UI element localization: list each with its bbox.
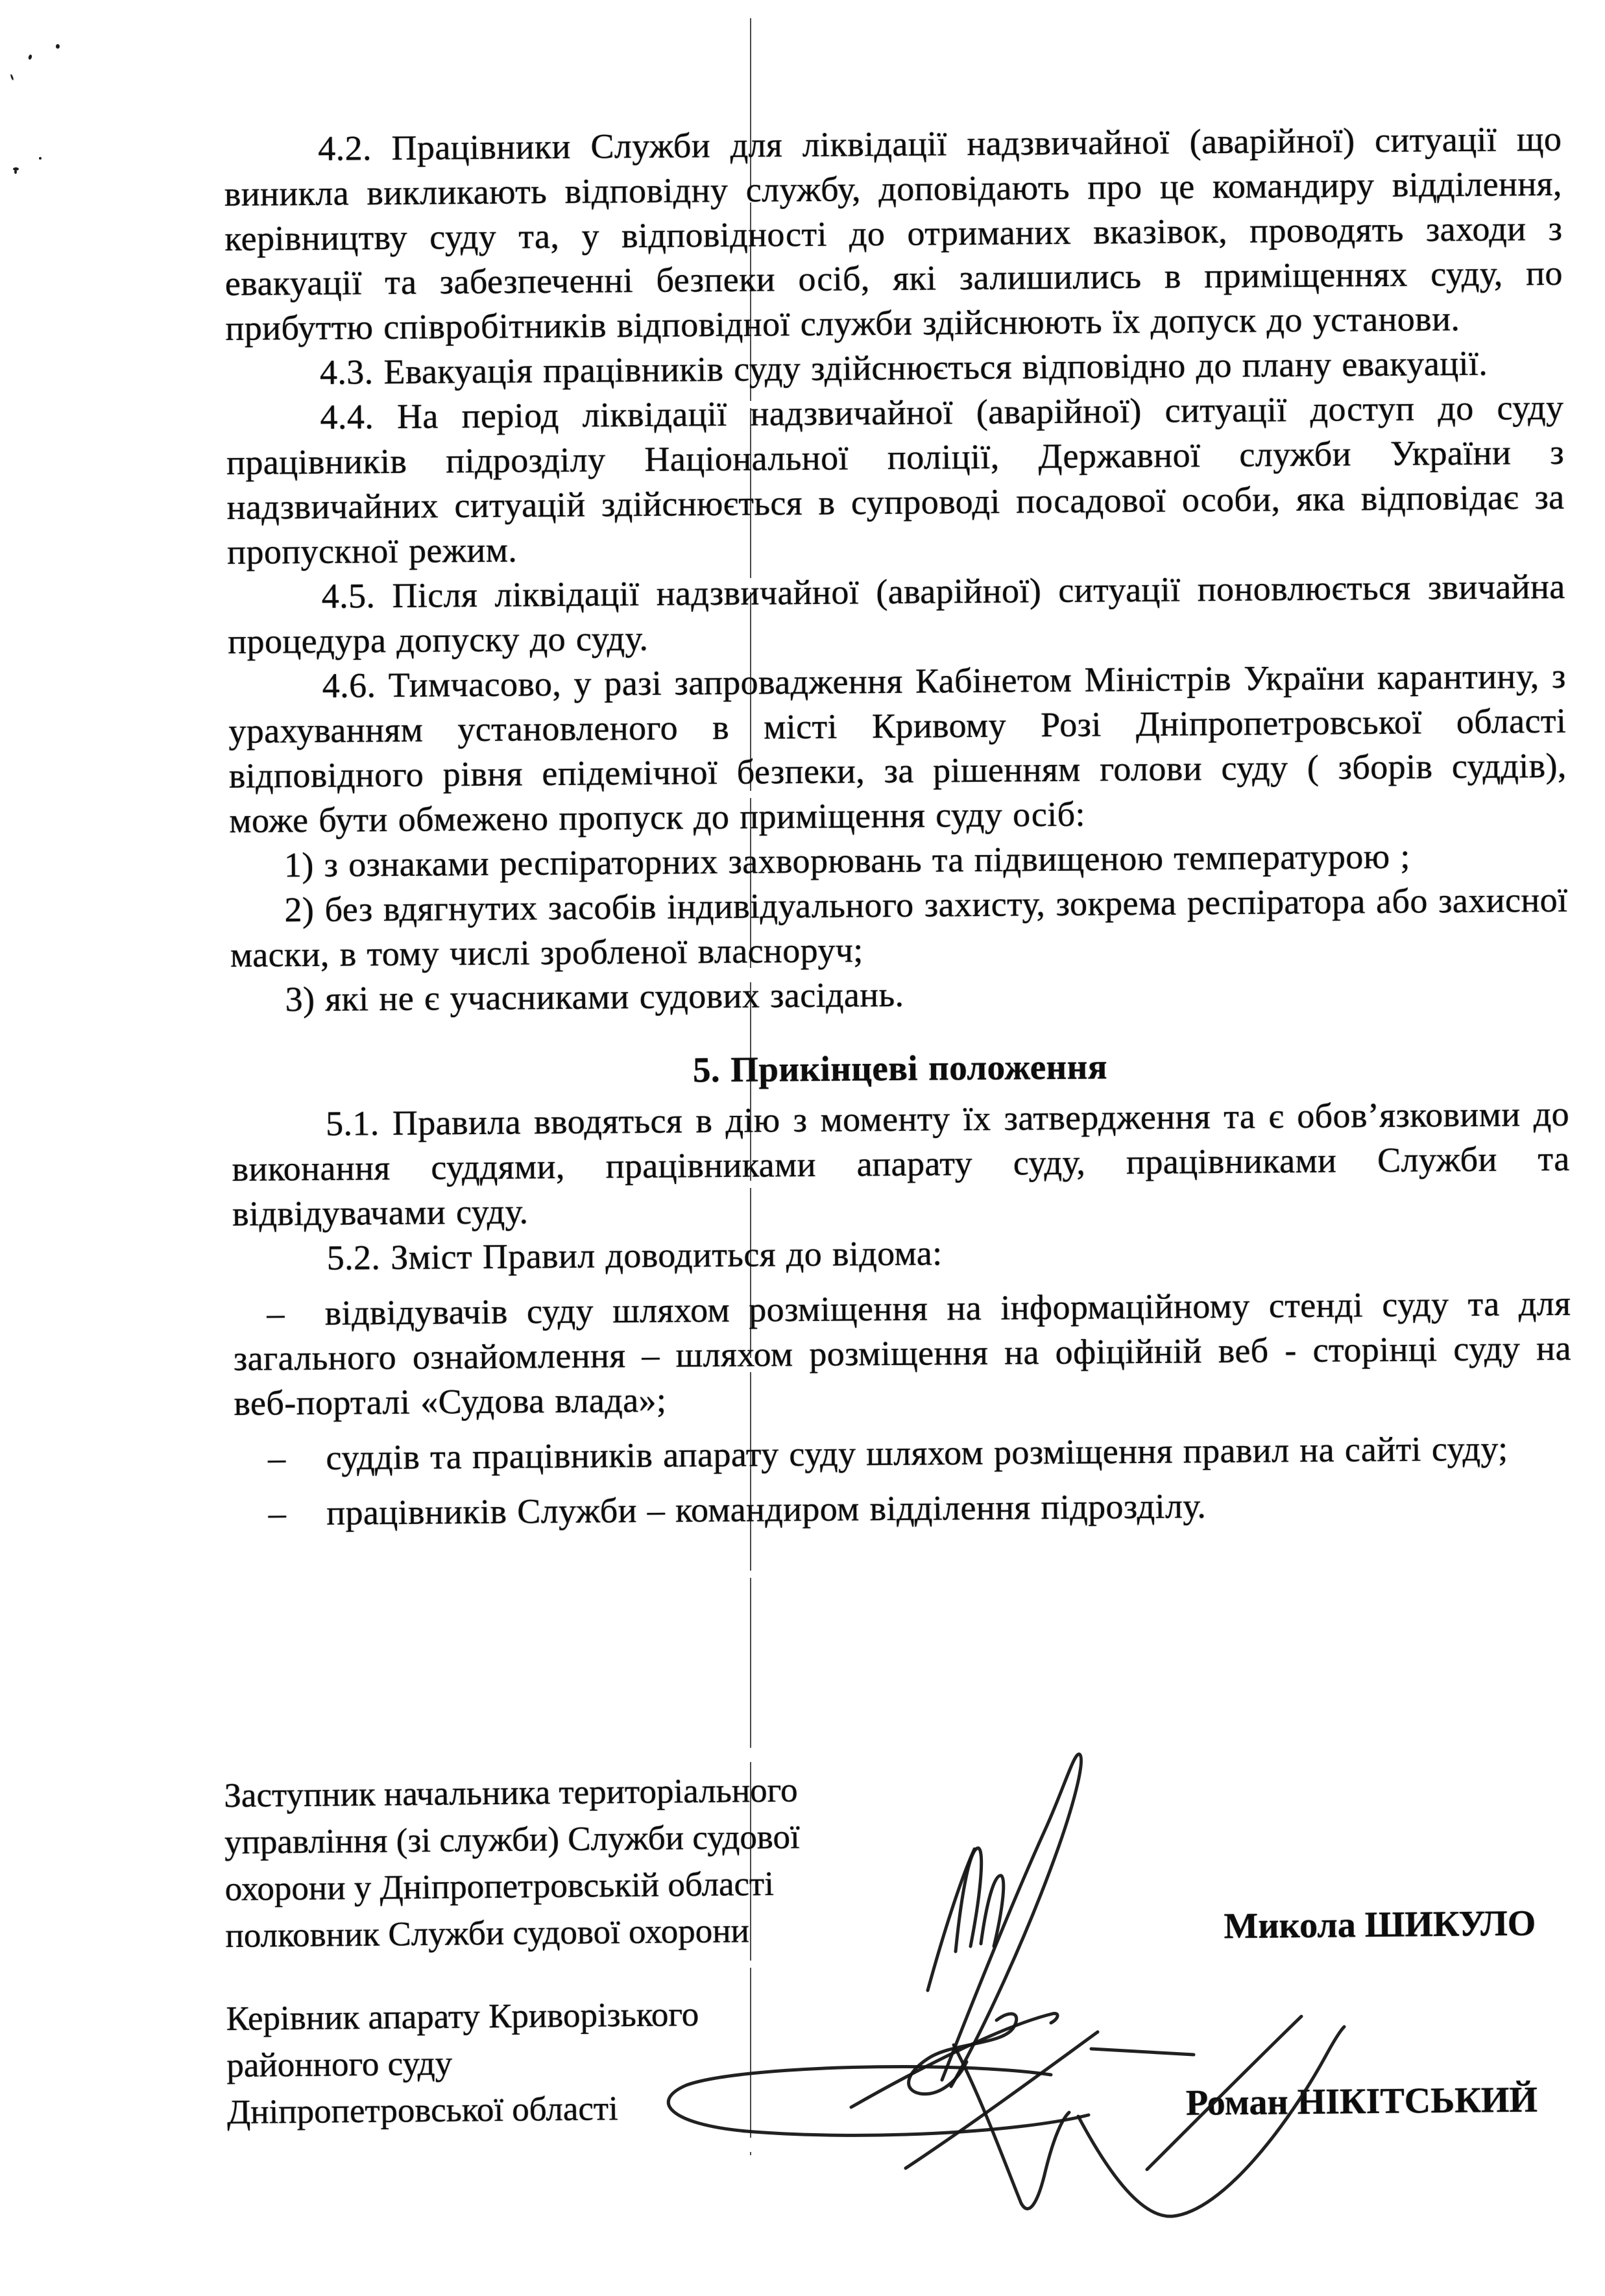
- bullet-item-3: –працівників Служби – командиром відділе…: [235, 1481, 1573, 1536]
- ink-speck: [39, 157, 42, 160]
- signature-section: Заступник начальника територіального упр…: [224, 1759, 1565, 2136]
- paragraph-4-6: 4.6. Тимчасово, у разі запровадження Каб…: [228, 654, 1567, 843]
- signature-title-line: районного суду: [226, 2038, 699, 2089]
- bullet-text: суддів та працівників апарату суду шляхо…: [326, 1429, 1508, 1477]
- dash-marker: –: [268, 1438, 286, 1477]
- section-5-heading: 5. Прикінцеві положення: [231, 1041, 1569, 1096]
- signature-title-line: охорони у Дніпропетровській області: [224, 1860, 800, 1913]
- signatory-name: Роман НІКІТСЬКИЙ: [1186, 2076, 1565, 2127]
- signature-title-line: Керівник апарату Криворізького: [226, 1991, 699, 2042]
- dash-marker: –: [269, 1493, 287, 1532]
- signatory-name: Микола ШИКУЛО: [1224, 1900, 1563, 1950]
- bullet-text: працівників Служби – командиром відділен…: [326, 1486, 1206, 1532]
- signature-title-line: Заступник начальника територіального: [224, 1767, 799, 1819]
- ink-speck: [14, 170, 17, 174]
- scanned-document-page: { "page": { "background": "#ffffff", "in…: [0, 0, 1605, 2296]
- signatory-title: Керівник апарату Криворізького районного…: [226, 1991, 700, 2136]
- dash-marker: –: [267, 1294, 285, 1333]
- paragraph-4-4: 4.4. На період ліквідації надзвичайної (…: [226, 385, 1565, 575]
- list-item-3: 3) які не є учасниками судових засідань.: [230, 967, 1568, 1022]
- signatory-title: Заступник начальника територіального упр…: [224, 1767, 801, 1959]
- ink-speck: [10, 74, 14, 80]
- ink-speck: [28, 54, 32, 60]
- paragraph-4-5: 4.5. Після ліквідації надзвичайної (авар…: [227, 564, 1565, 664]
- ink-speck: [56, 44, 60, 49]
- bullet-item-1: –відвідувачів суду шляхом розміщення на …: [233, 1281, 1572, 1426]
- bullet-text: відвідувачів суду шляхом розміщення на і…: [234, 1284, 1571, 1423]
- document-content: 4.2. Працівники Служби для ліквідації на…: [224, 117, 1573, 1536]
- paragraph-4-2: 4.2. Працівники Служби для ліквідації на…: [224, 117, 1563, 351]
- paragraph-5-1: 5.1. Правила вводяться в дію з моменту ї…: [232, 1092, 1571, 1237]
- signature-title-line: Дніпропетровської області: [227, 2085, 700, 2136]
- bullet-item-2: –суддів та працівників апарату суду шлях…: [234, 1426, 1572, 1481]
- paragraph-5-2: 5.2. Зміст Правил доводиться до відома:: [232, 1226, 1570, 1281]
- signature-title-line: управління (зі служби) Служби судової: [224, 1813, 800, 1866]
- signature-title-line: полковник Служби судової охорони: [225, 1907, 801, 1959]
- list-item-2: 2) без вдягнутих засобів індивідуального…: [230, 878, 1568, 978]
- signature-block-nikitskyi: Керівник апарату Криворізького районного…: [226, 1983, 1565, 2136]
- signature-block-shykulo: Заступник начальника територіального упр…: [224, 1759, 1563, 1959]
